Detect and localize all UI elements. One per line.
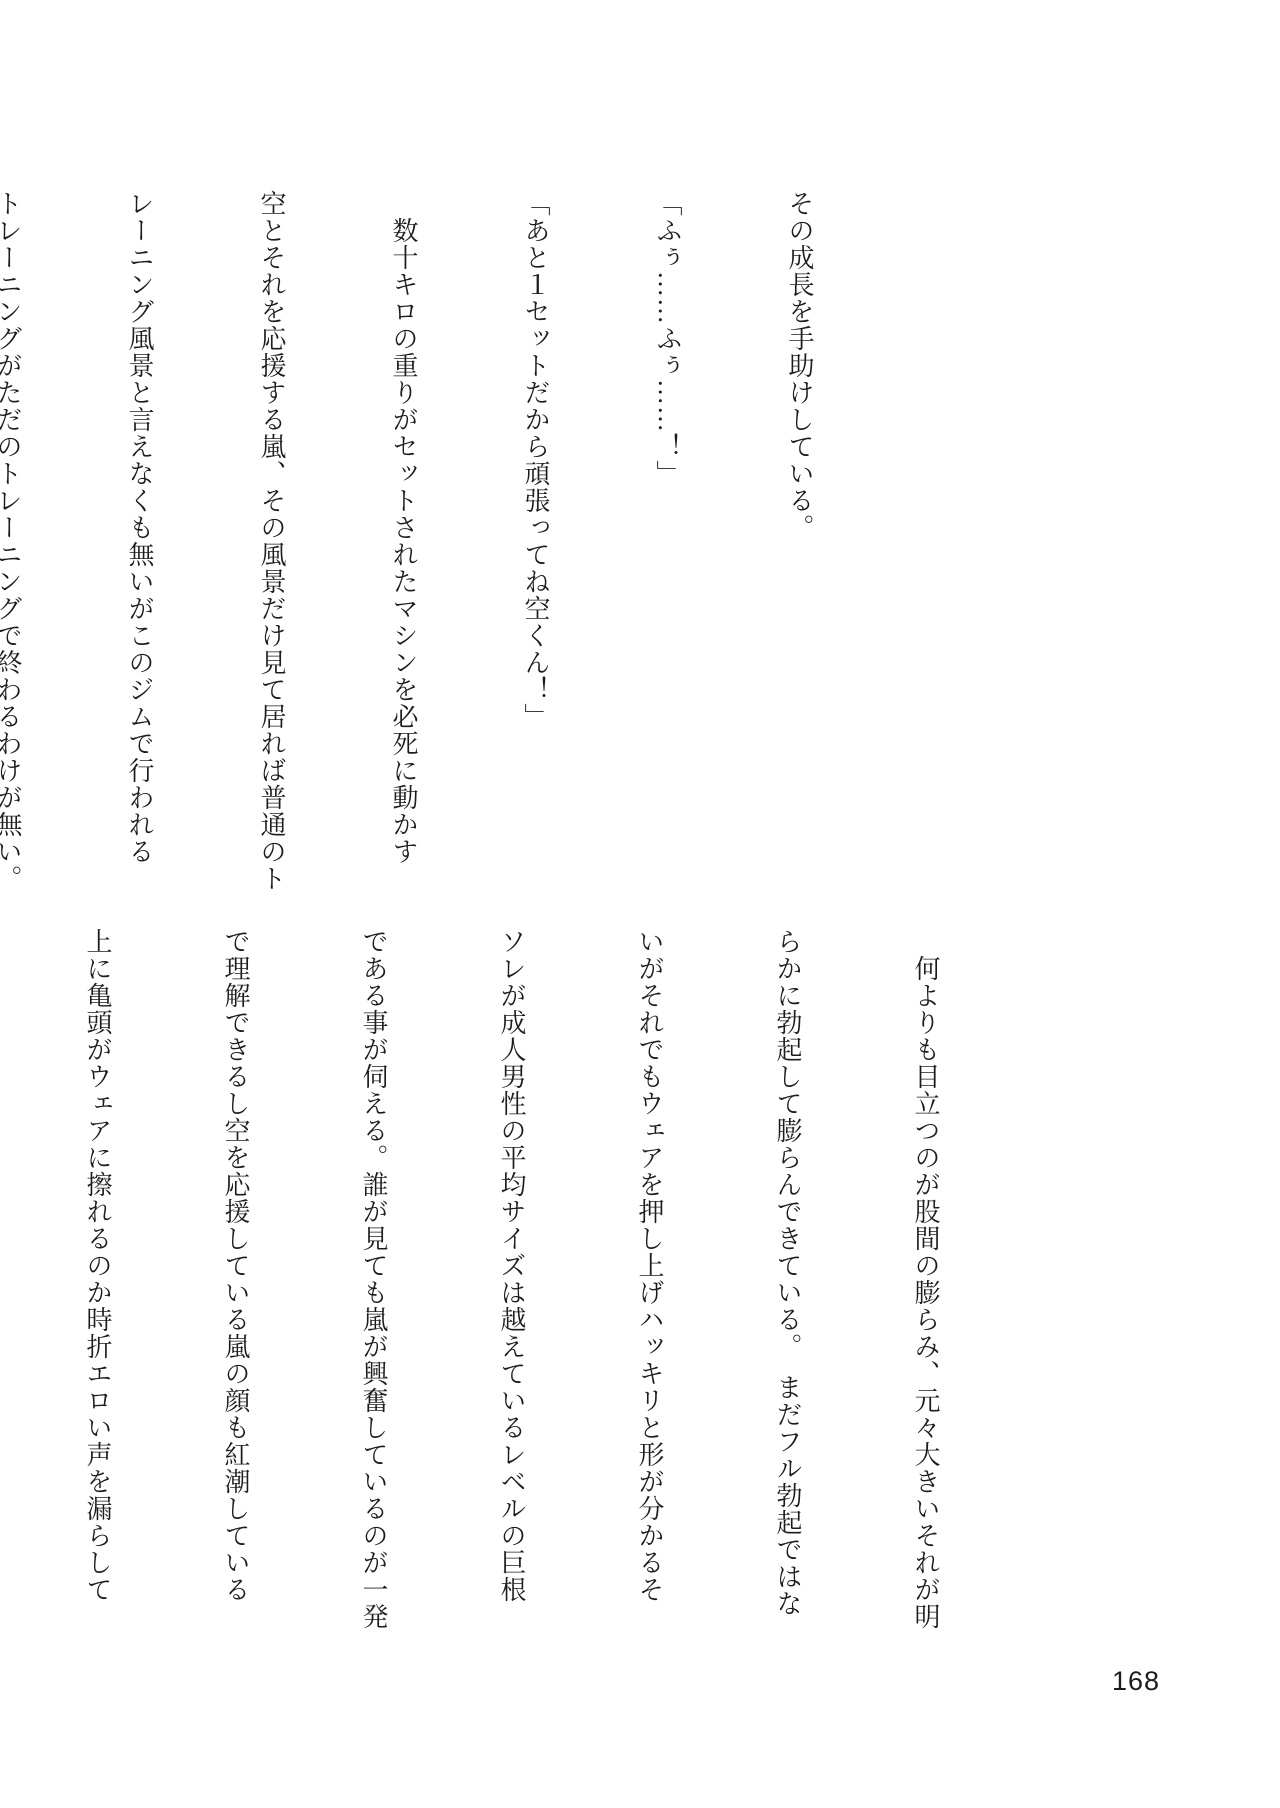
book-page: その成長を手助けしている。 「ふぅ……ふぅ……！」 「あと１セットだから頑張って… [0, 0, 1280, 1808]
text-column: 「あと１セットだから頑張ってね空くん！」 [513, 190, 557, 898]
text-column: 「ふぅ……ふぅ……！」 [645, 190, 689, 898]
text-column: いがそれでもウェアを押し上げハッキリと形が分かるそ [626, 928, 672, 1636]
text-column: 何よりも目立つのが股間の膨らみ、元々大きいそれが明 [902, 928, 948, 1636]
text-column: らかに勃起して膨らんできている。 まだフル勃起ではな [764, 928, 810, 1636]
text-column: 空とそれを応援する嵐、その風景だけ見て居れば普通のト [249, 190, 293, 898]
text-block-top: その成長を手助けしている。 「ふぅ……ふぅ……！」 「あと１セットだから頑張って… [0, 190, 909, 898]
text-column: トレーニングがただのトレーニングで終わるわけが無い。 [0, 190, 29, 898]
text-column: その成長を手助けしている。 [777, 190, 821, 898]
text-column: である事が伺える。誰が見ても嵐が興奮しているのが一発 [350, 928, 396, 1636]
text-column: 上に亀頭がウェアに擦れるのか時折エロい声を漏らして [74, 928, 120, 1636]
page-number: 168 [1112, 1666, 1160, 1697]
text-column: ソレが成人男性の平均サイズは越えているレベルの巨根 [488, 928, 534, 1636]
text-column: レーニング風景と言えなくも無いがこのジムで行われる [117, 190, 161, 898]
text-column: 数十キロの重りがセットされたマシンを必死に動かす [381, 190, 425, 898]
text-column: で理解できるし空を応援している嵐の顔も紅潮している [212, 928, 258, 1636]
text-block-bottom: 何よりも目立つのが股間の膨らみ、元々大きいそれが明 らかに勃起して膨らんできてい… [0, 928, 1040, 1636]
